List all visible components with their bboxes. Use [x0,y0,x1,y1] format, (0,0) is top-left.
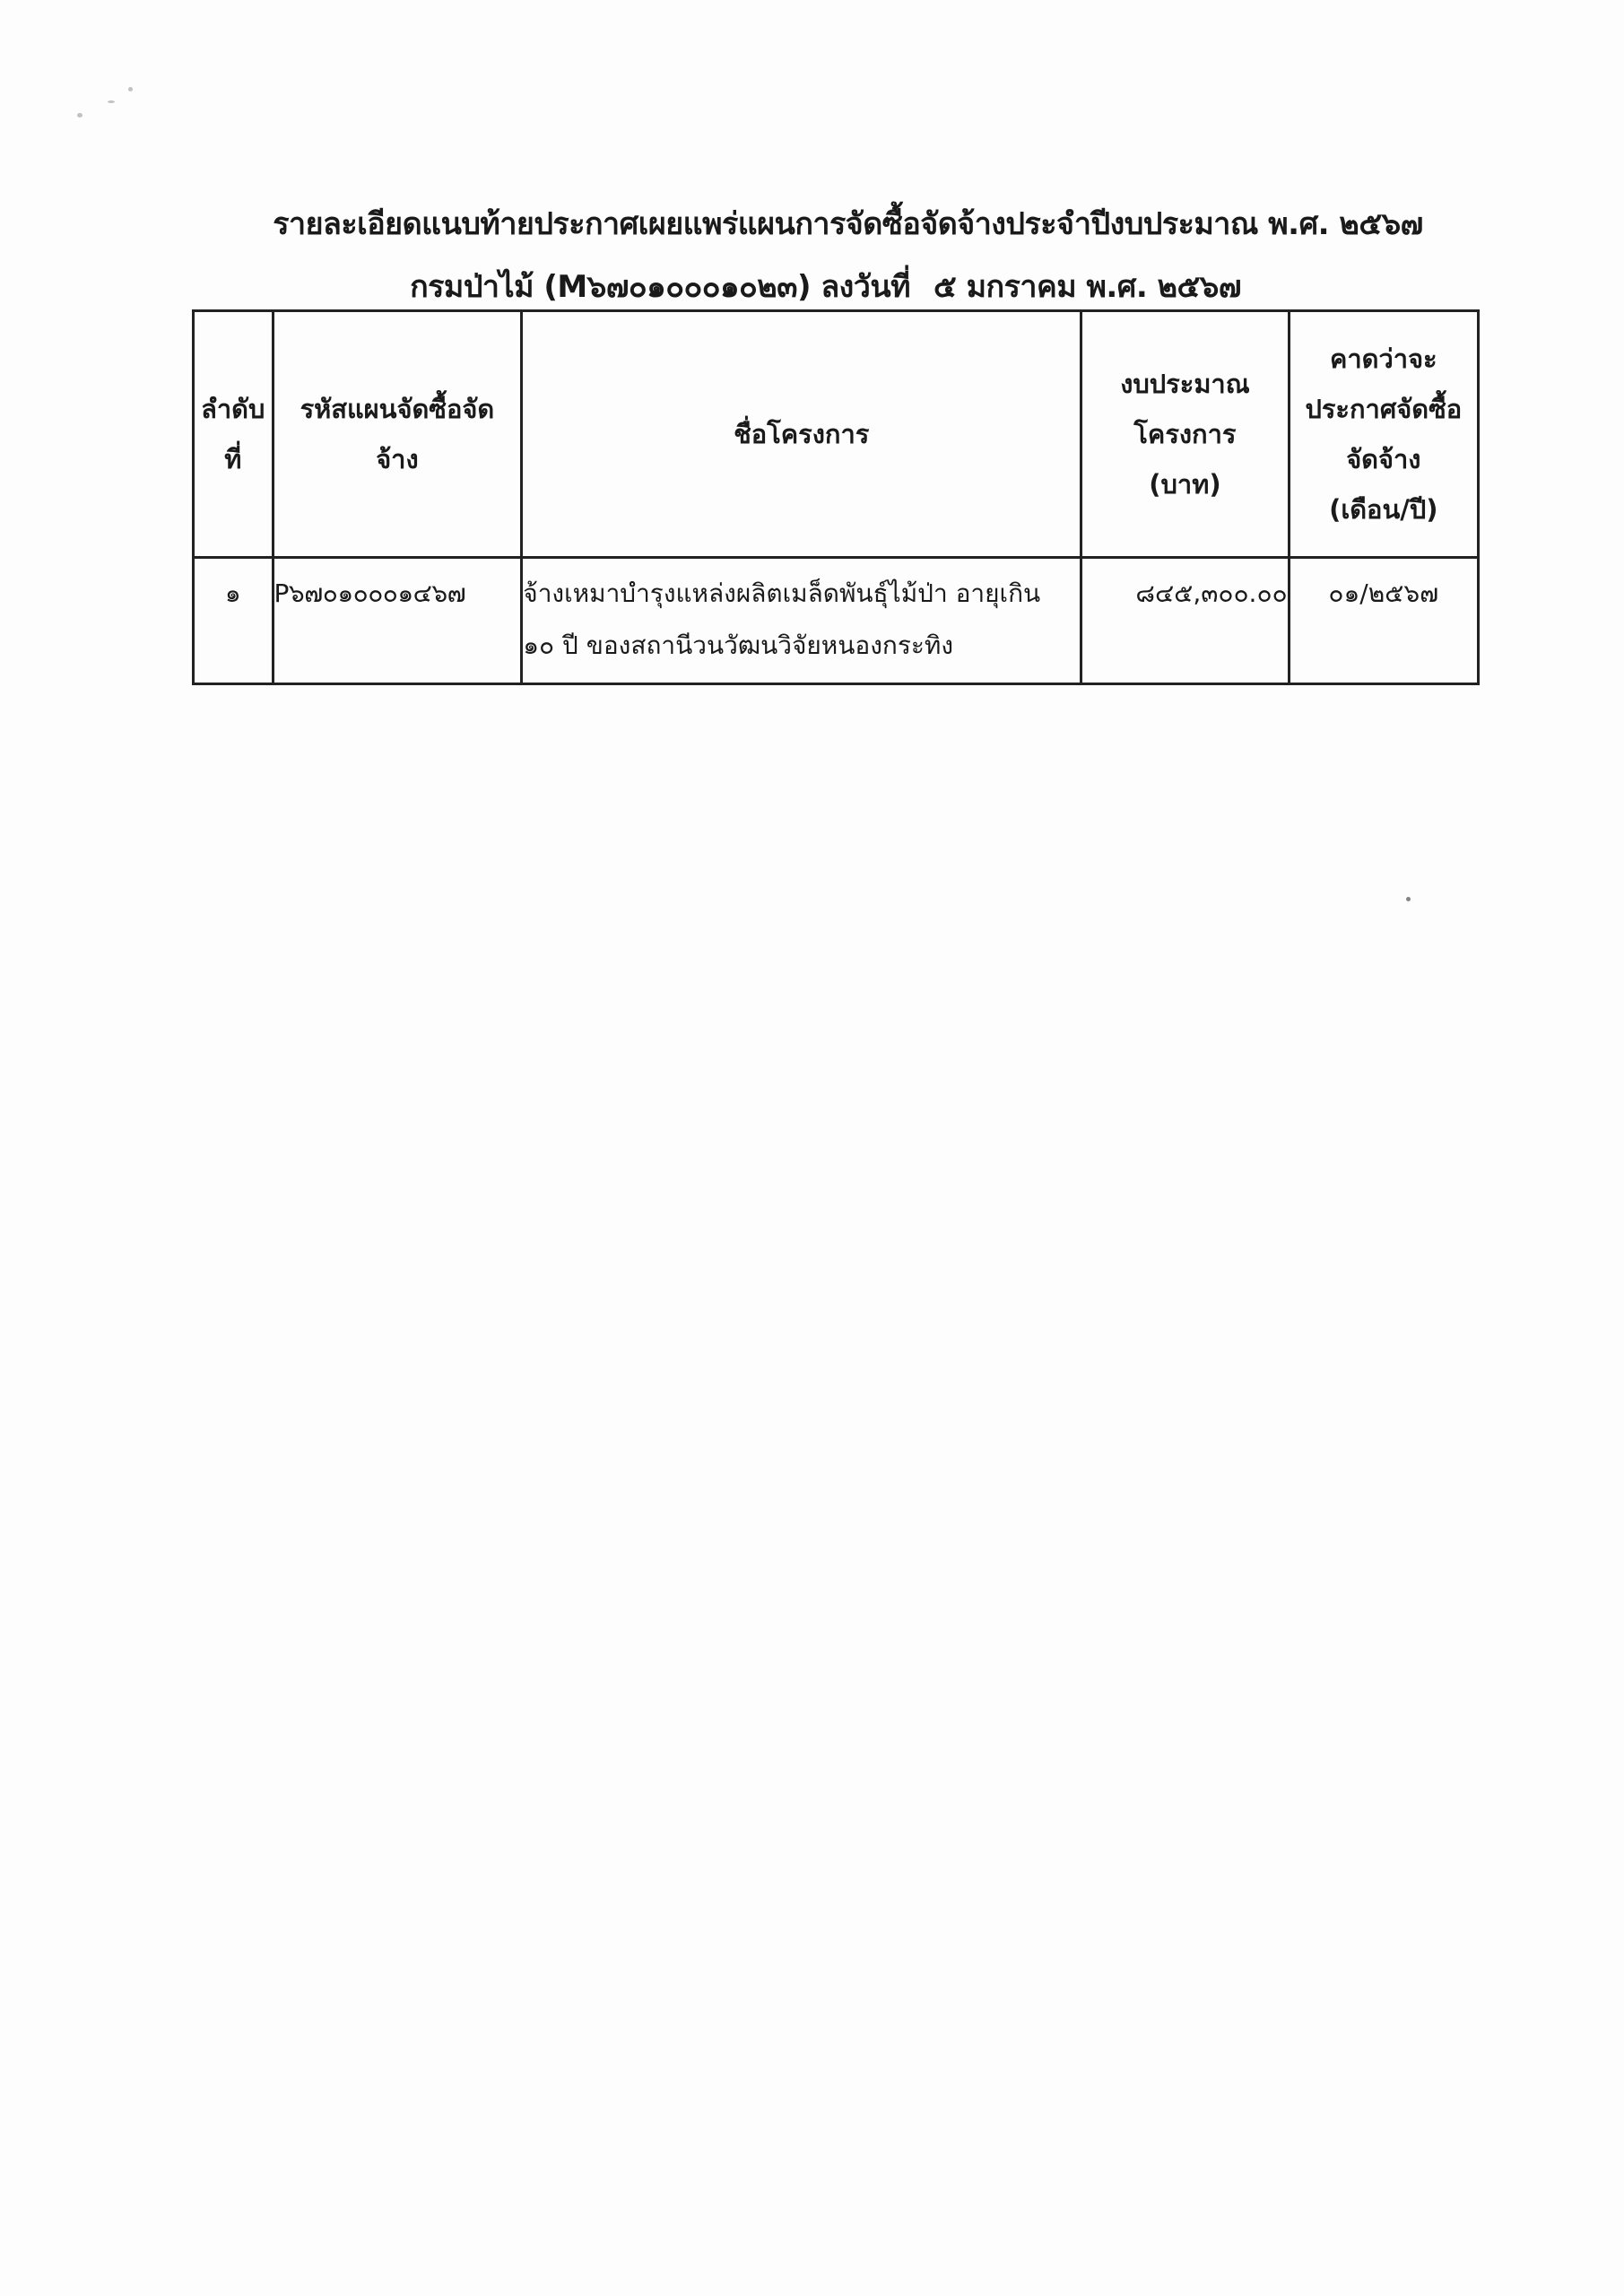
scan-speck [1406,897,1411,901]
table-header-row: ลำดับ ที่ รหัสแผนจัดซื้อจัด จ้าง ชื่อโคร… [194,311,1479,558]
header-plan-code: รหัสแผนจัดซื้อจัด จ้าง [273,311,522,558]
table-row: ๑ P๖๗๐๑๐๐๐๑๔๖๗ จ้างเหมาบำรุงแหล่งผลิตเมล… [194,558,1479,684]
header-project-name: ชื่อโครงการ [522,311,1081,558]
cell-no: ๑ [194,558,274,684]
cell-budget: ๘๔๕,๓๐๐.๐๐ [1081,558,1289,684]
scan-speck [77,113,83,117]
header-no: ลำดับ ที่ [194,311,274,558]
document-title: รายละเอียดแนบท้ายประกาศเผยแพร่แผนการจัดซ… [36,199,1624,248]
document-page: รายละเอียดแนบท้ายประกาศเผยแพร่แผนการจัดซ… [0,0,1624,2296]
scan-speck [128,87,133,91]
cell-project-name: จ้างเหมาบำรุงแหล่งผลิตเมล็ดพันธุ์ไม้ป่า … [522,558,1081,684]
organization-and-ref: กรมป่าไม้ (M๖๗๐๑๐๐๐๑๐๒๓) ลงวันที่ [410,269,910,305]
cell-plan-code: P๖๗๐๑๐๐๐๑๔๖๗ [273,558,522,684]
procurement-plan-table: ลำดับ ที่ รหัสแผนจัดซื้อจัด จ้าง ชื่อโคร… [192,309,1480,685]
header-budget: งบประมาณ โครงการ (บาท) [1081,311,1289,558]
cell-expected-date: ๐๑/๒๕๖๗ [1289,558,1478,684]
header-expected-date: คาดว่าจะ ประกาศจัดซื้อ จัดจ้าง (เดือน/ปี… [1289,311,1478,558]
announcement-date: ๕ มกราคม พ.ศ. ๒๕๖๗ [934,269,1241,305]
scan-speck [108,100,115,103]
document-subtitle: กรมป่าไม้ (M๖๗๐๑๐๐๐๑๐๒๓) ลงวันที่๕ มกราค… [13,262,1624,310]
